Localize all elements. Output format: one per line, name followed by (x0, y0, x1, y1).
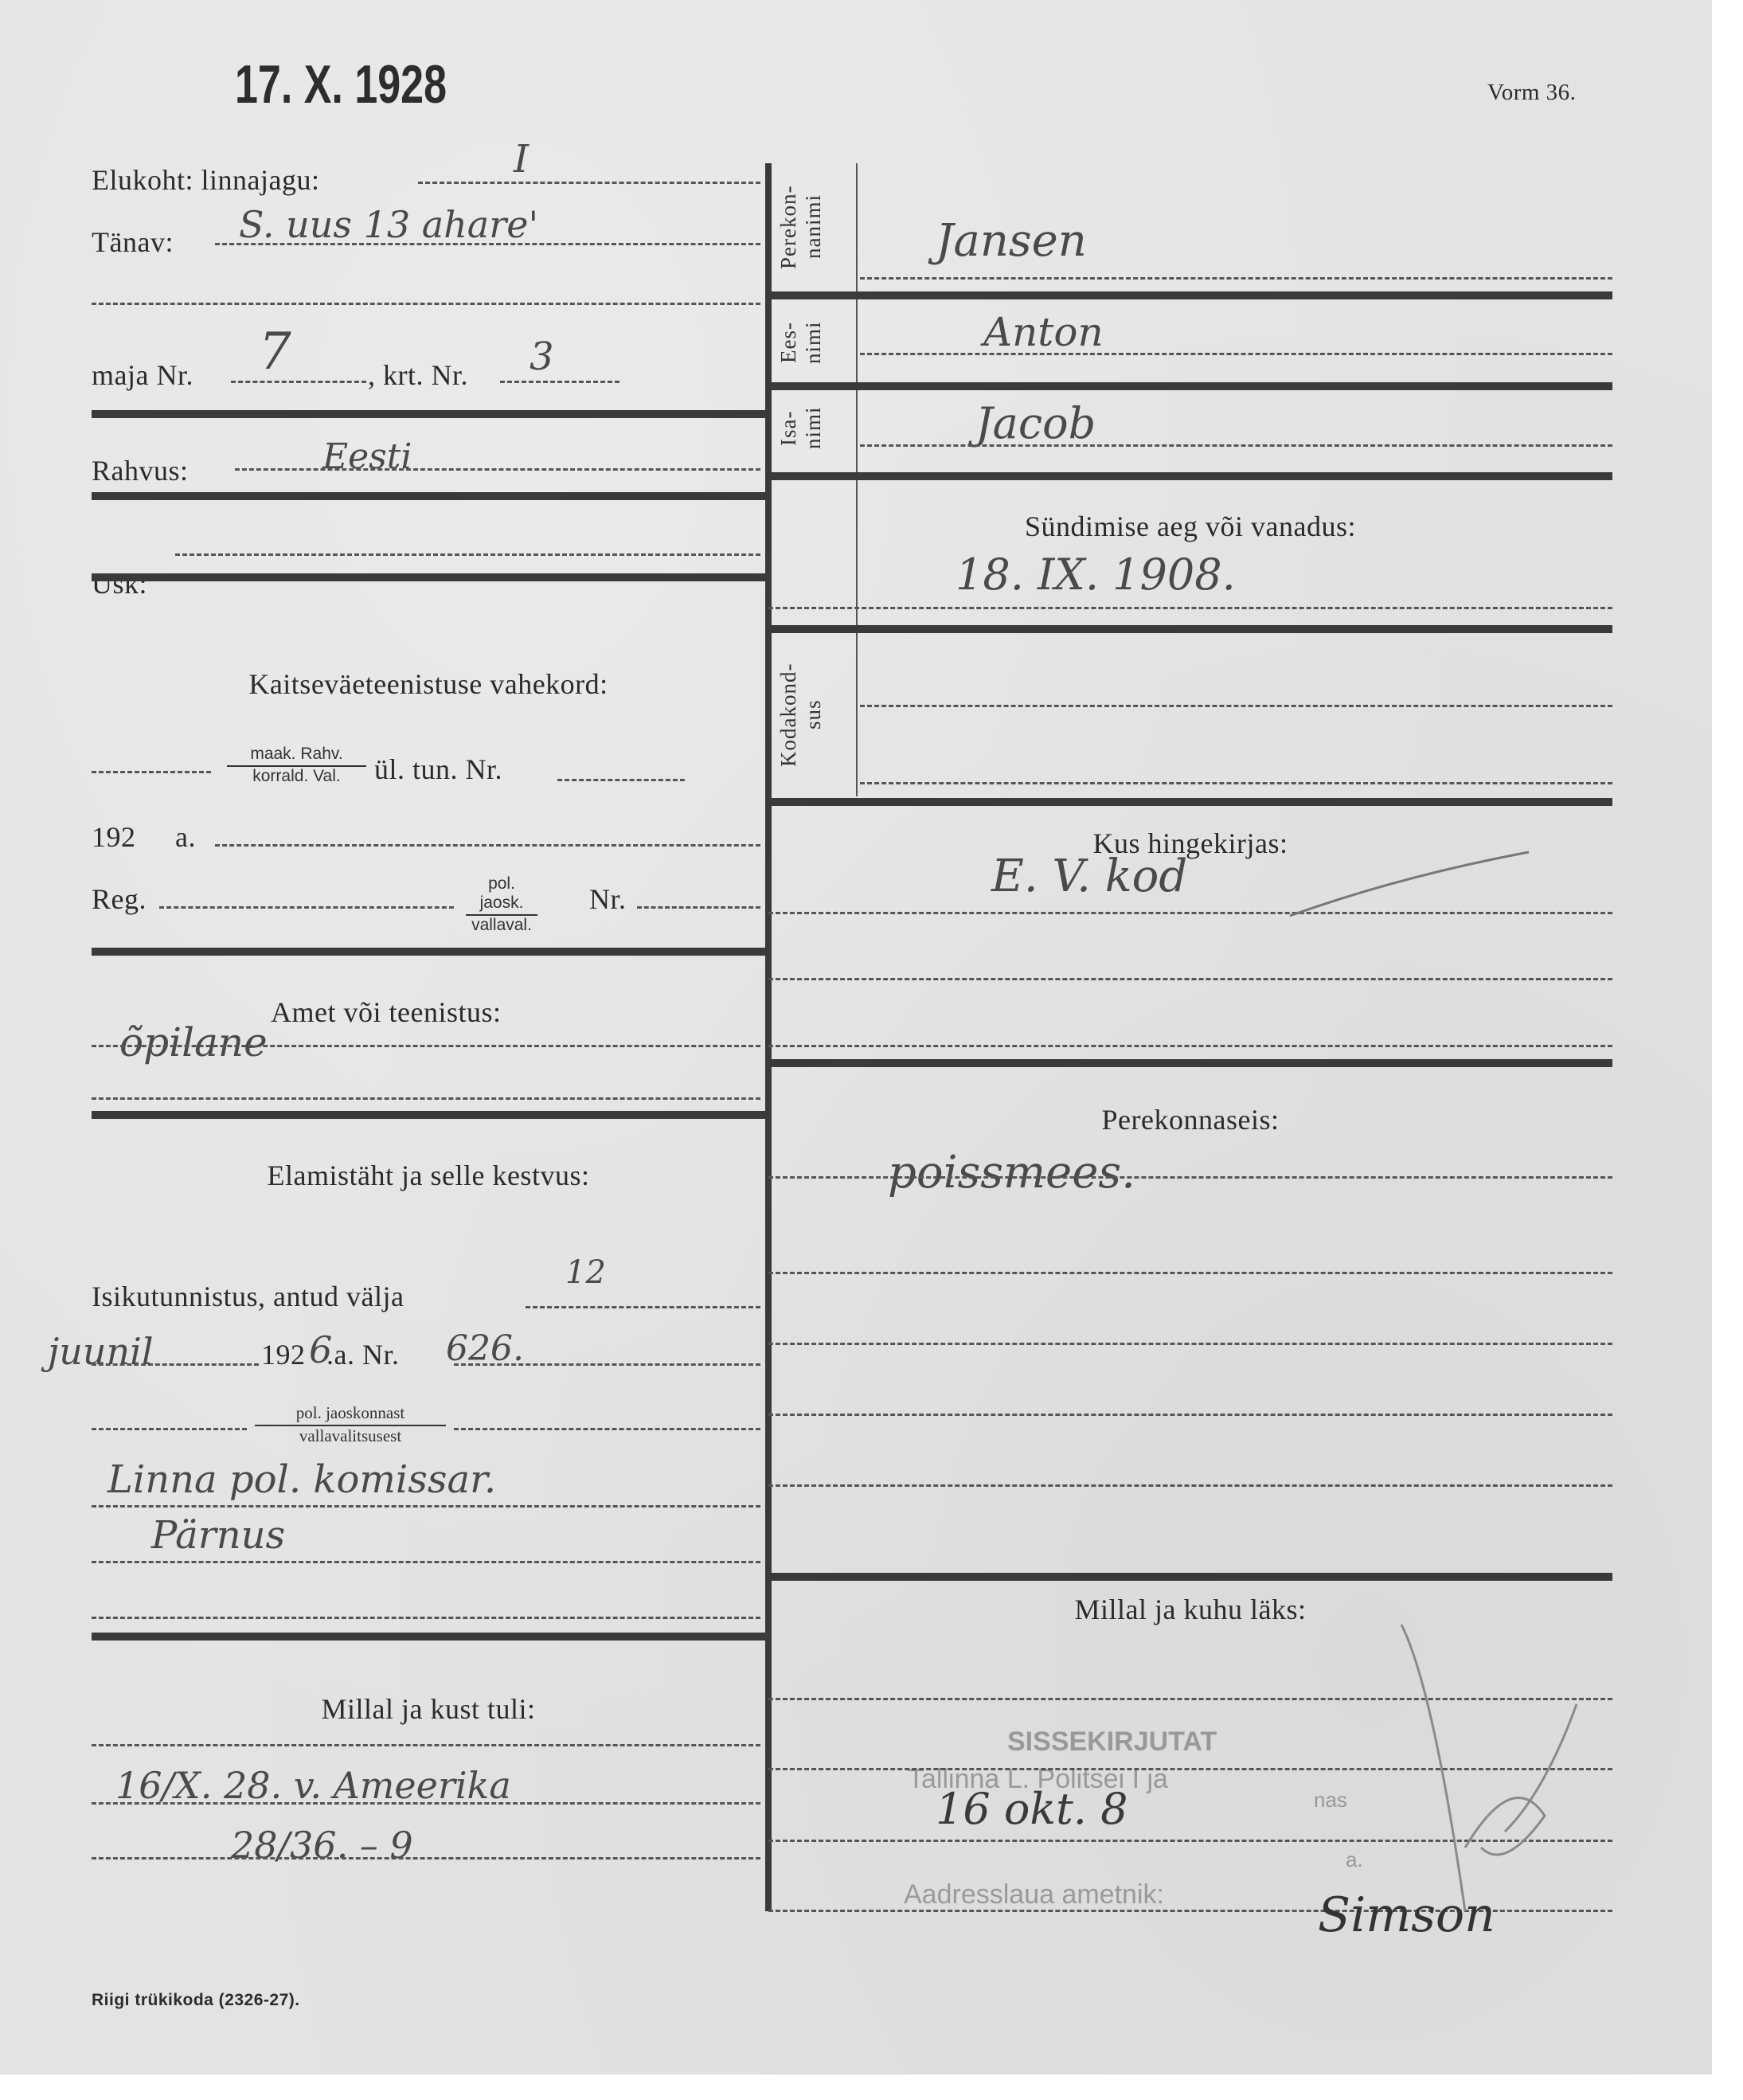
arrival-dots-2 (92, 1802, 760, 1805)
printer-imprint: Riigi trükikoda (2326-27). (92, 1991, 300, 2010)
divider (768, 291, 1612, 299)
id-issued-month: juunil (48, 1330, 154, 1373)
citizenship-line-1 (860, 705, 1612, 707)
marital-line-4 (768, 1414, 1612, 1416)
marital-line-2 (768, 1272, 1612, 1274)
fraction-bottom: korrald. Val. (227, 767, 366, 786)
divider (92, 948, 765, 956)
religion-label: Usk: (92, 567, 147, 600)
registration-form: 17. X. 1928 Vorm 36. Elukoht: linnajagu:… (0, 0, 1712, 2075)
fraction-bottom: vallavalitsusest (255, 1426, 446, 1446)
column-divider (765, 163, 772, 1911)
occupation-value: õpilane (119, 1019, 268, 1066)
nationality-line (235, 468, 760, 471)
citizenship-label: Kodakond- sus (776, 637, 826, 792)
divider (92, 1111, 765, 1119)
registry-line-2 (768, 978, 1612, 980)
fathername-line (860, 444, 1612, 447)
fathername-label: Isa- nimi (776, 394, 826, 462)
marital-line-1 (768, 1176, 1612, 1179)
religion-line (175, 553, 760, 556)
birth-line (768, 607, 1612, 609)
marital-label: Perekonnaseis: (768, 1103, 1612, 1136)
surname-label: Perekon- nanimi (776, 163, 826, 291)
apt-label: , krt. Nr. (368, 358, 468, 392)
arrival-line-1: 16/X. 28. v. Ameerika (115, 1764, 511, 1807)
citizenship-line-2 (860, 782, 1612, 784)
divider (768, 1059, 1612, 1067)
military-fraction-2: pol. jaosk. vallaval. (466, 874, 537, 935)
street-value: S. uus 13 ahare' (239, 203, 538, 246)
residence-permit-title: Elamistäht ja selle kestvus: (92, 1159, 765, 1192)
issuer-line-left (92, 1428, 247, 1430)
arrival-title: Millal ja kust tuli: (92, 1692, 765, 1726)
military-fraction-1: maak. Rahv. korrald. Val. (227, 745, 366, 786)
stamp-suffix: nas (1314, 1788, 1347, 1813)
arrival-dots-1 (92, 1744, 760, 1746)
fraction-top: pol. jaoskonnast (255, 1403, 446, 1426)
firstname-line (860, 353, 1612, 355)
surname-line (860, 277, 1612, 280)
arrival-dots-3 (92, 1857, 760, 1859)
divider (768, 382, 1612, 390)
stamp-official-label: Aadresslaua ametnik: (904, 1879, 1164, 1910)
marital-line-5 (768, 1484, 1612, 1487)
birth-label: Sündimise aeg või vanadus: (768, 510, 1612, 543)
nationality-label: Rahvus: (92, 454, 189, 487)
house-value: 7 (259, 323, 291, 381)
surname-value: Jansen (936, 215, 1087, 267)
street-line (215, 243, 760, 245)
issuer-line-1: Linna pol. komissar. (107, 1457, 496, 1502)
form-number: Vorm 36. (1487, 80, 1576, 106)
issuer-dots-3 (92, 1617, 760, 1619)
year-prefix: 192 (92, 820, 136, 854)
ul-tun-label: ül. tun. Nr. (374, 753, 502, 786)
military-title: Kaitseväeteenistuse vahekord: (92, 667, 765, 701)
reg-label: Reg. (92, 882, 147, 916)
reg-line (159, 906, 454, 909)
street-line-2 (92, 303, 760, 305)
occupation-label: Amet või teenistus: (271, 995, 501, 1029)
stamp-title: SISSEKIRJUTAT (1007, 1727, 1217, 1758)
birth-value: 18. IX. 1908. (956, 549, 1236, 600)
issuer-dots-2 (92, 1561, 760, 1563)
house-label: maja Nr. (92, 358, 193, 392)
nationality-value: Eesti (322, 436, 412, 477)
house-line (231, 381, 366, 383)
fathername-value: Jacob (975, 398, 1096, 448)
id-issued-line (526, 1306, 760, 1308)
arrival-line-2: 28/36. – 9 (231, 1824, 413, 1867)
pencil-stroke (1274, 836, 1545, 932)
issuer-line-right (454, 1428, 760, 1430)
district-value: I (514, 137, 529, 182)
id-a-nr-label: .a. Nr. (326, 1338, 399, 1371)
reg-nr-line (637, 906, 760, 909)
issuer-line-2: Pärnus (151, 1513, 285, 1558)
district-line (418, 182, 760, 184)
occupation-line (92, 1045, 760, 1047)
occupation-line-2 (92, 1097, 760, 1100)
divider (92, 492, 765, 500)
district-label: Elukoht: linnajagu: (92, 163, 319, 197)
reg-nr-label: Nr. (589, 882, 627, 916)
id-month-line (92, 1363, 259, 1366)
registry-value: E. V. kod (991, 851, 1187, 902)
divider (768, 798, 1612, 806)
apt-line (500, 381, 619, 383)
pencil-initials (1385, 1609, 1593, 1943)
military-line (92, 771, 211, 773)
issuer-fraction: pol. jaoskonnast vallavalitsusest (255, 1403, 446, 1446)
id-issued-day: 12 (565, 1254, 606, 1291)
firstname-label: Ees- nimi (776, 307, 826, 378)
stamp-a: a. (1346, 1848, 1363, 1872)
apt-value: 3 (530, 334, 554, 379)
firstname-value: Anton (983, 309, 1104, 355)
divider (768, 1573, 1612, 1581)
divider (768, 625, 1612, 633)
registry-line-3 (768, 1045, 1612, 1047)
divider (92, 573, 765, 581)
issuer-dots-1 (92, 1505, 760, 1508)
id-number-line (454, 1363, 760, 1366)
ul-tun-line (557, 779, 685, 781)
marital-line-3 (768, 1343, 1612, 1345)
divider (92, 410, 765, 418)
fraction-top: maak. Rahv. (227, 745, 366, 767)
divider (768, 472, 1612, 480)
id-issued-label: Isikutunnistus, antud välja (92, 1280, 404, 1313)
fraction-top: pol. jaosk. (466, 874, 537, 916)
marital-value: poissmees. (888, 1147, 1135, 1199)
stamp-date-handwritten: 16 okt. 8 (936, 1784, 1128, 1834)
fraction-bottom: vallaval. (466, 916, 537, 935)
divider (92, 1633, 765, 1641)
id-year-printed: 192 (261, 1338, 306, 1371)
year-suffix: a. (175, 820, 196, 854)
date-stamp: 17. X. 1928 (235, 54, 447, 116)
street-label: Tänav: (92, 225, 174, 259)
year-line (215, 844, 760, 847)
